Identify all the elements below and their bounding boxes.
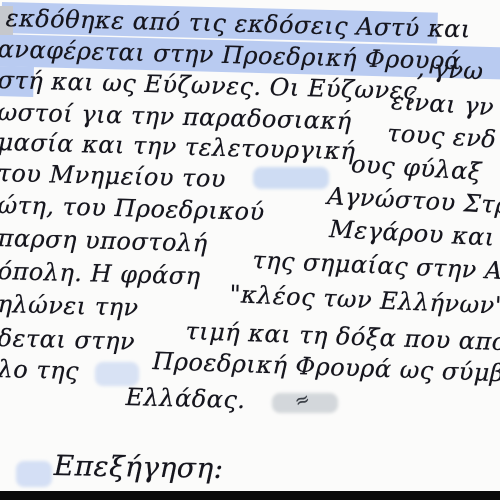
highlight-blob [253, 167, 329, 189]
document-photo: εκδόθηκε από τις εκδόσεις Αστύ καιαναφέρ… [0, 0, 500, 500]
text-run[interactable]: είναι γν [390, 88, 494, 121]
text-run[interactable]: Μεγάρου και την ε [329, 216, 500, 255]
text-run[interactable]: ώτη, του Προεδρικού [0, 192, 265, 225]
text-run[interactable]: του Μνημείου του [0, 160, 226, 192]
text-run[interactable]: Ελλάδας. [125, 384, 246, 414]
text-run[interactable]: όπολη. Η φράση [0, 258, 201, 290]
text-run[interactable]: της σημαίας στην Ακρ [252, 247, 500, 286]
text-run[interactable]: τους ενδ [386, 120, 497, 153]
text-run[interactable]: , γνω [417, 55, 485, 85]
text-run[interactable]: δεται στην [0, 325, 135, 355]
text-run[interactable]: ηλώνει την [0, 291, 139, 321]
text-run[interactable]: λο της [0, 356, 79, 385]
bottom-bar [0, 491, 500, 500]
text-run[interactable]: μασία και την τελετουργική [0, 129, 356, 165]
highlight-blob [16, 461, 52, 487]
explanation-label[interactable]: Επεξήγηση: [53, 451, 223, 485]
text-run[interactable]: ους φύλαξ [350, 151, 482, 185]
text-run[interactable]: "κλέος των Ελλήνων" υπ [229, 281, 500, 321]
text-run[interactable]: παρση υποστολή [0, 225, 208, 257]
text-run[interactable]: Αγνώστου Στρα [327, 183, 500, 220]
